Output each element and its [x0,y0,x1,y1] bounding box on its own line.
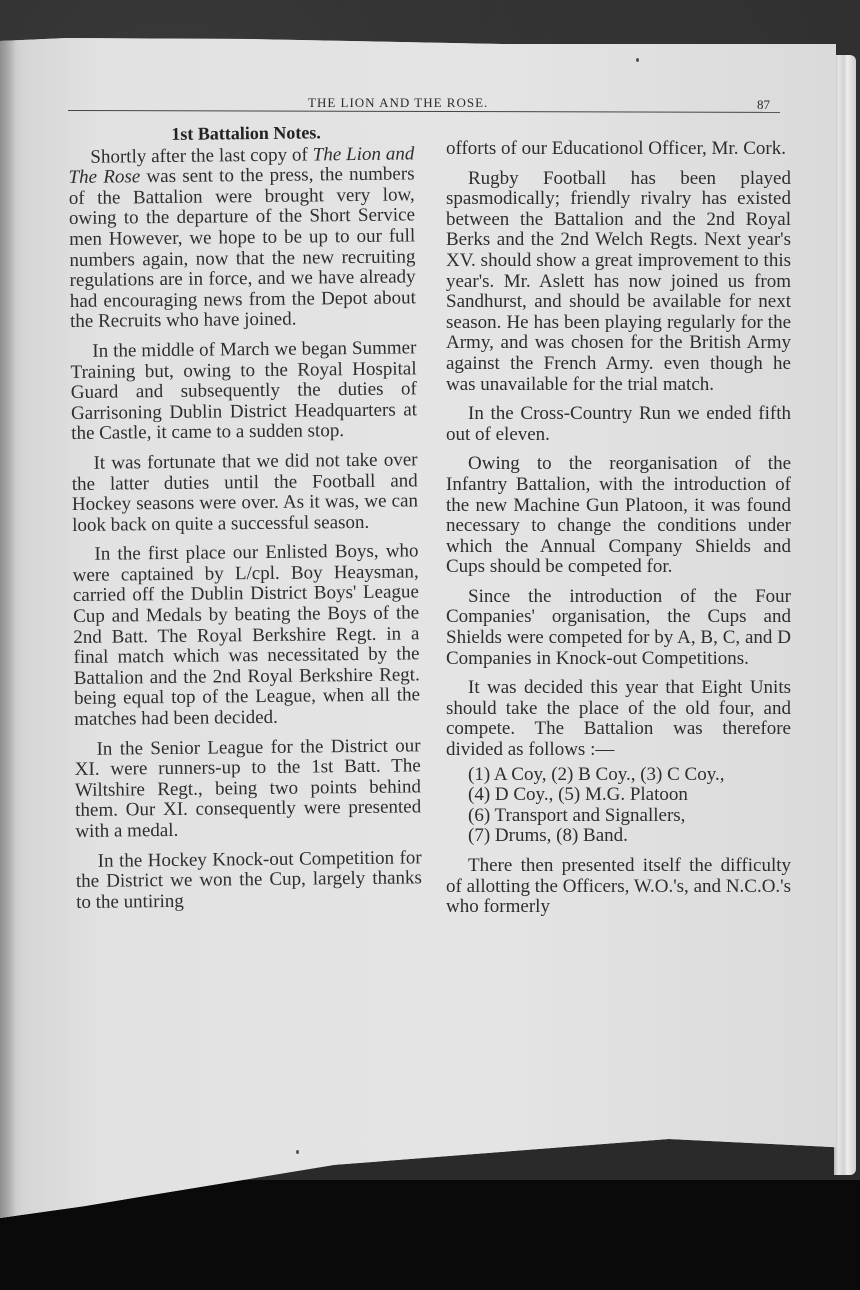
paragraph-continued: offorts of our Educationol Officer, Mr. … [446,139,791,160]
list-item: (4) D Coy., (5) M.G. Platoon [468,785,791,806]
paragraph: In the middle of March we began Summer T… [70,338,417,445]
paper-speck [636,58,639,62]
paragraph: There then presented itself the difficul… [446,856,791,918]
paragraph: In the Senior League for the District ou… [74,736,421,843]
list-item: (6) Transport and Signallers, [468,806,791,827]
units-list: (1) A Coy, (2) B Coy., (3) C Coy., (4) D… [446,765,791,847]
paragraph: In the first place our Enlisted Boys, wh… [72,542,420,731]
back-pages-edge [834,55,856,1175]
paragraph: It was decided this year that Eight Unit… [446,678,791,760]
paragraph: Rugby Football has been played spasmodic… [446,169,791,396]
left-column: 1st Battalion Notes. Shortly after the l… [68,121,422,922]
page-number: 87 [757,97,770,113]
paragraph: In the Hockey Knock-out Competition for … [76,848,423,913]
list-item: (1) A Coy, (2) B Coy., (3) C Coy., [468,765,791,786]
paragraph: Owing to the reorganisation of the Infan… [446,454,791,578]
paragraph: In the Cross-Country Run we ended fifth … [446,404,791,445]
paper-speck [296,1150,299,1154]
right-column: offorts of our Educationol Officer, Mr. … [446,139,791,927]
text-run: Shortly after the last copy of [90,144,313,167]
text-run: was sent to the press, the numbers of th… [69,164,416,333]
section-heading: 1st Battalion Notes. [68,121,414,145]
paragraph: It was fortunate that we did not take ov… [71,450,418,536]
paragraph: Shortly after the last copy of The Lion … [68,144,416,333]
running-title: THE LION AND THE ROSE. [308,95,488,111]
list-item: (7) Drums, (8) Band. [468,826,791,847]
gutter-shadow [0,38,16,1218]
paragraph: Since the introduction of the Four Compa… [446,587,791,669]
